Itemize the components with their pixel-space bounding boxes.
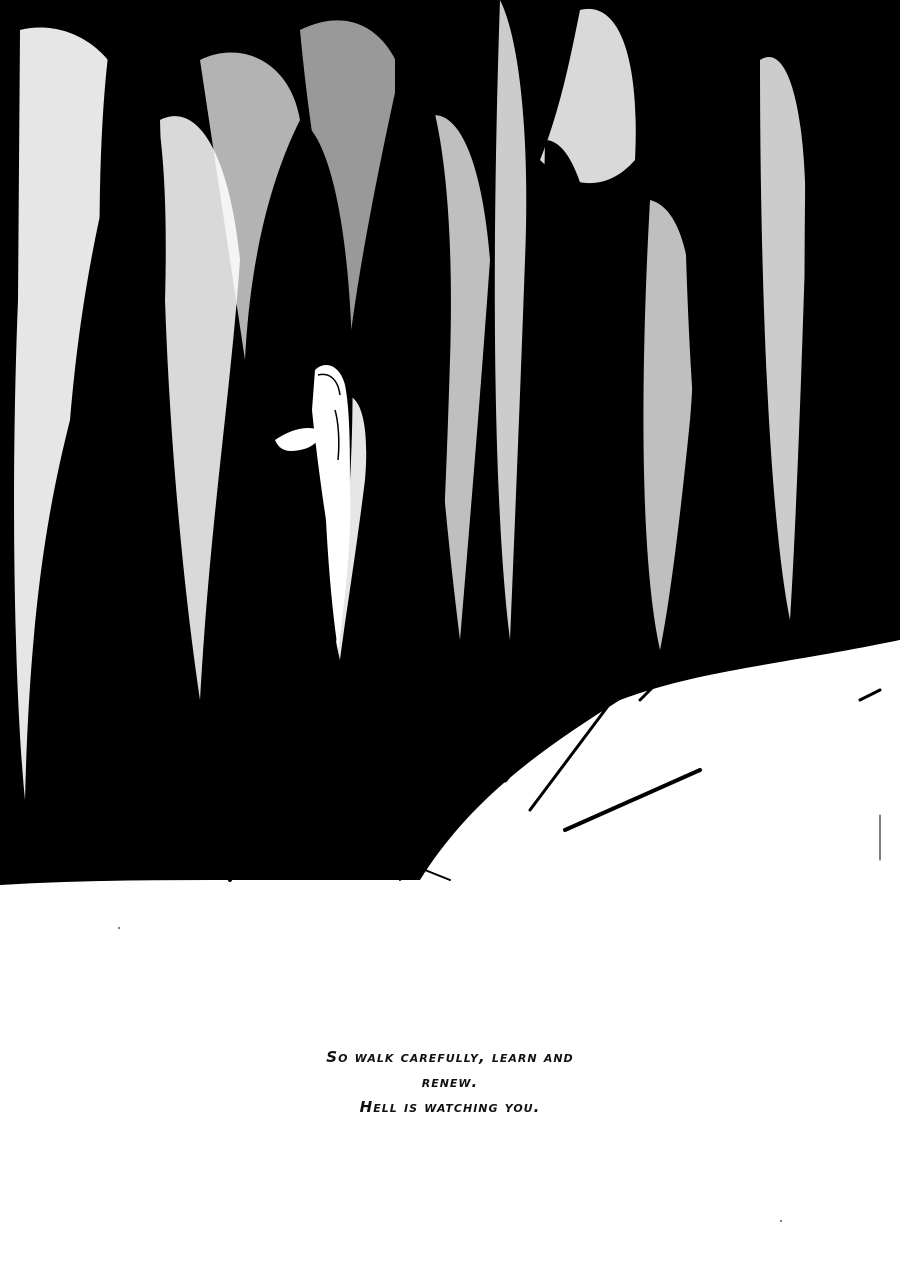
caption-line-2: renew. [0, 1070, 900, 1095]
ink-speck [780, 1220, 782, 1222]
caption-line-1: So walk carefully, learn and [0, 1045, 900, 1070]
forest-illustration [0, 0, 900, 900]
ink-speck [118, 927, 120, 929]
caption: So walk carefully, learn and renew. Hell… [0, 1045, 900, 1120]
caption-line-3: Hell is watching you. [0, 1095, 900, 1120]
